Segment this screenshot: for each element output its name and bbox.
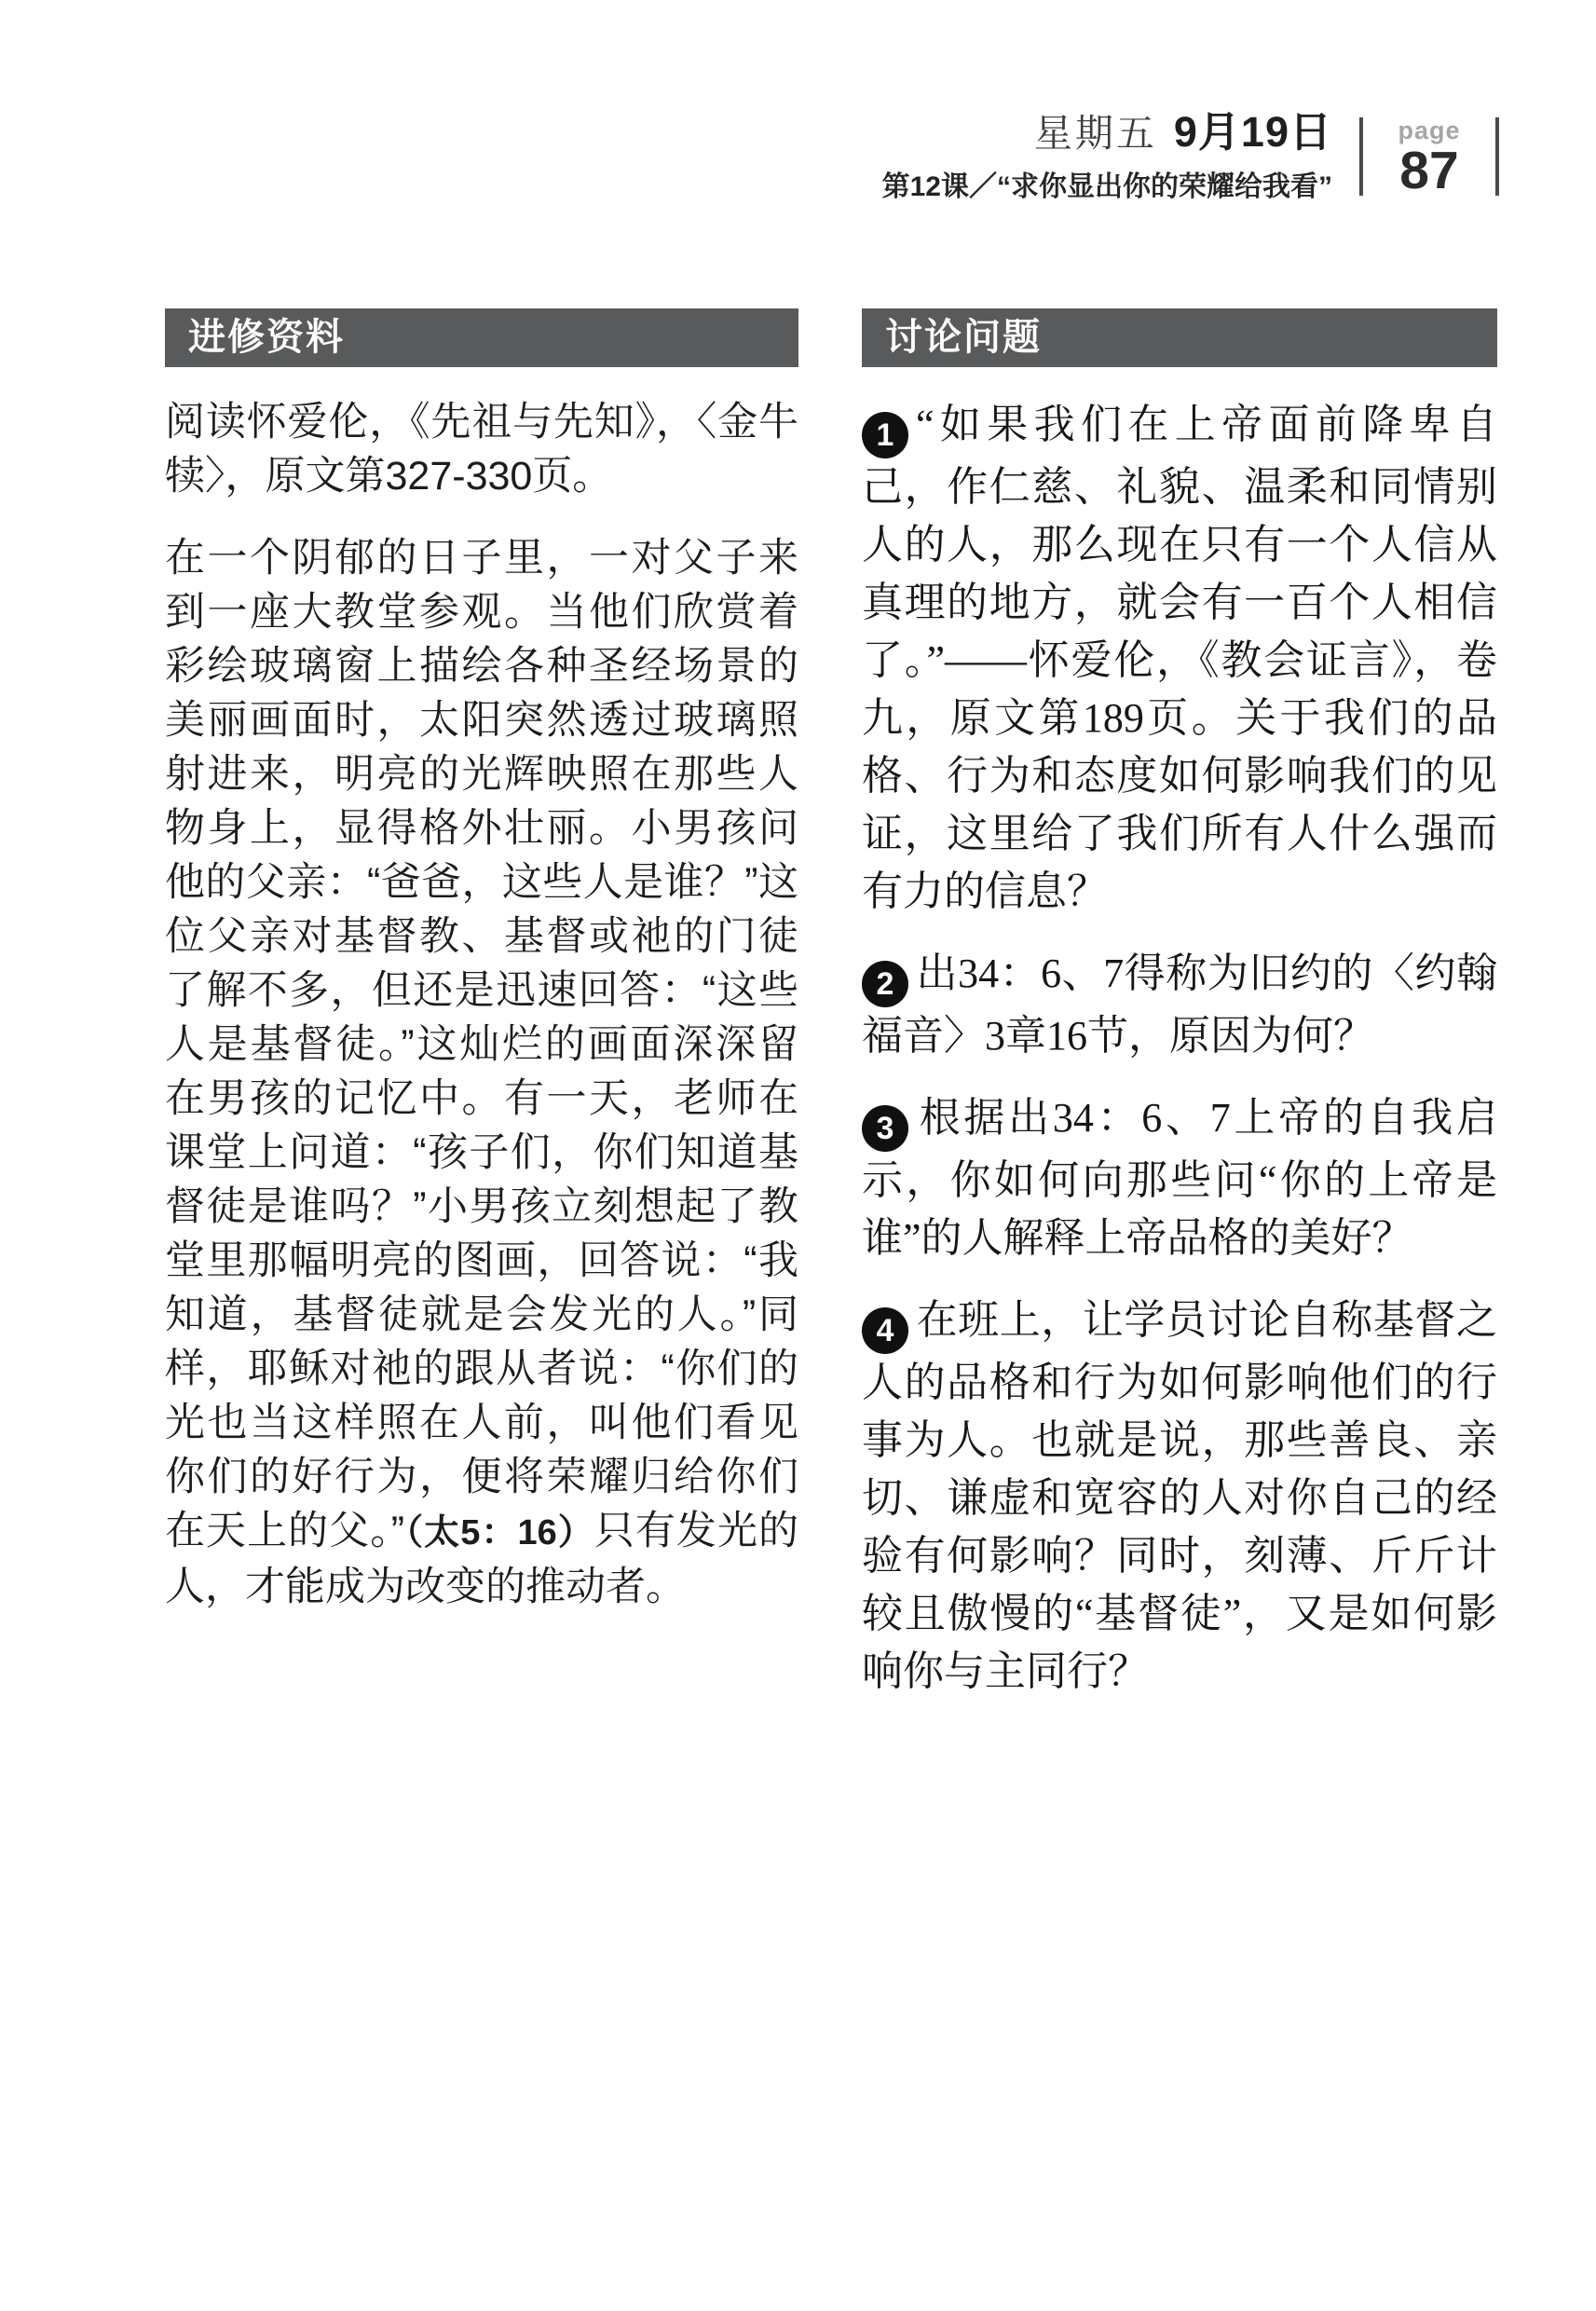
question-text: 在班上，让学员讨论自称基督之人的品格和行为如何影响他们的行事为人。也就是说，那些… — [862, 1297, 1497, 1694]
discussion-questions-heading: 讨论问题 — [862, 308, 1497, 367]
question-text: 根据出34：6、7上帝的自我启示，你如何向那些问“你的上帝是谁”的人解释上帝品格… — [862, 1095, 1497, 1261]
text-segment: 页。 — [532, 454, 612, 499]
further-study-paragraph-2: 在一个阴郁的日子里，一对父子来到一座大教堂参观。当他们欣赏着彩绘玻璃窗上描绘各种… — [165, 531, 798, 1614]
page-header: 星期五9月19日 第12课／“求你显出你的荣耀给我看” — [882, 110, 1332, 204]
discussion-question-2: 2出34：6、7得称为旧约的〈约翰福音〉3章16节，原因为何？ — [862, 945, 1497, 1065]
date-label: 9月19日 — [1174, 108, 1332, 156]
text-segment: 在一个阴郁的日子里，一对父子来到一座大教堂参观。当他们欣赏着彩绘玻璃窗上描绘各种… — [165, 536, 798, 1553]
lesson-title: 第12课／“求你显出你的荣耀给我看” — [882, 171, 1332, 204]
further-study-paragraph-1: 阅读怀爱伦，《先祖与先知》，〈金牛犊〉，原文第327-330页。 — [165, 395, 798, 503]
text-segment: 327-330 — [386, 454, 533, 499]
further-study-column: 进修资料 阅读怀爱伦，《先祖与先知》，〈金牛犊〉，原文第327-330页。在一个… — [165, 308, 798, 1642]
document-page: 星期五9月19日 第12课／“求你显出你的荣耀给我看” page 87 进修资料… — [0, 0, 1596, 2311]
date-line: 星期五9月19日 — [882, 110, 1332, 165]
further-study-body: 阅读怀爱伦，《先祖与先知》，〈金牛犊〉，原文第327-330页。在一个阴郁的日子… — [165, 395, 798, 1614]
question-number-badge: 4 — [862, 1307, 908, 1354]
discussion-question-4: 4在班上，让学员讨论自称基督之人的品格和行为如何影响他们的行事为人。也就是说，那… — [862, 1292, 1497, 1701]
page-number-block: page 87 — [1359, 117, 1499, 196]
page-number: 87 — [1363, 144, 1495, 198]
text-segment: （太5：16） — [404, 1513, 594, 1552]
question-text: “如果我们在上帝面前降卑自己，作仁慈、礼貌、温柔和同情别人的人，那么现在只有一个… — [862, 402, 1497, 914]
discussion-questions-body: 1“如果我们在上帝面前降卑自己，作仁慈、礼貌、温柔和同情别人的人，那么现在只有一… — [862, 396, 1497, 1701]
question-number-badge: 1 — [862, 412, 908, 458]
weekday-label: 星期五 — [1034, 112, 1157, 155]
question-number-badge: 3 — [862, 1105, 908, 1152]
further-study-heading: 进修资料 — [165, 308, 798, 367]
page-label: page — [1363, 118, 1495, 144]
discussion-question-3: 3根据出34：6、7上帝的自我启示，你如何向那些问“你的上帝是谁”的人解释上帝品… — [862, 1089, 1497, 1267]
discussion-questions-column: 讨论问题 1“如果我们在上帝面前降卑自己，作仁慈、礼貌、温柔和同情别人的人，那么… — [862, 308, 1497, 1725]
question-number-badge: 2 — [862, 961, 908, 1007]
discussion-question-1: 1“如果我们在上帝面前降卑自己，作仁慈、礼貌、温柔和同情别人的人，那么现在只有一… — [862, 396, 1497, 921]
question-text: 出34：6、7得称为旧约的〈约翰福音〉3章16节，原因为何？ — [862, 950, 1497, 1059]
